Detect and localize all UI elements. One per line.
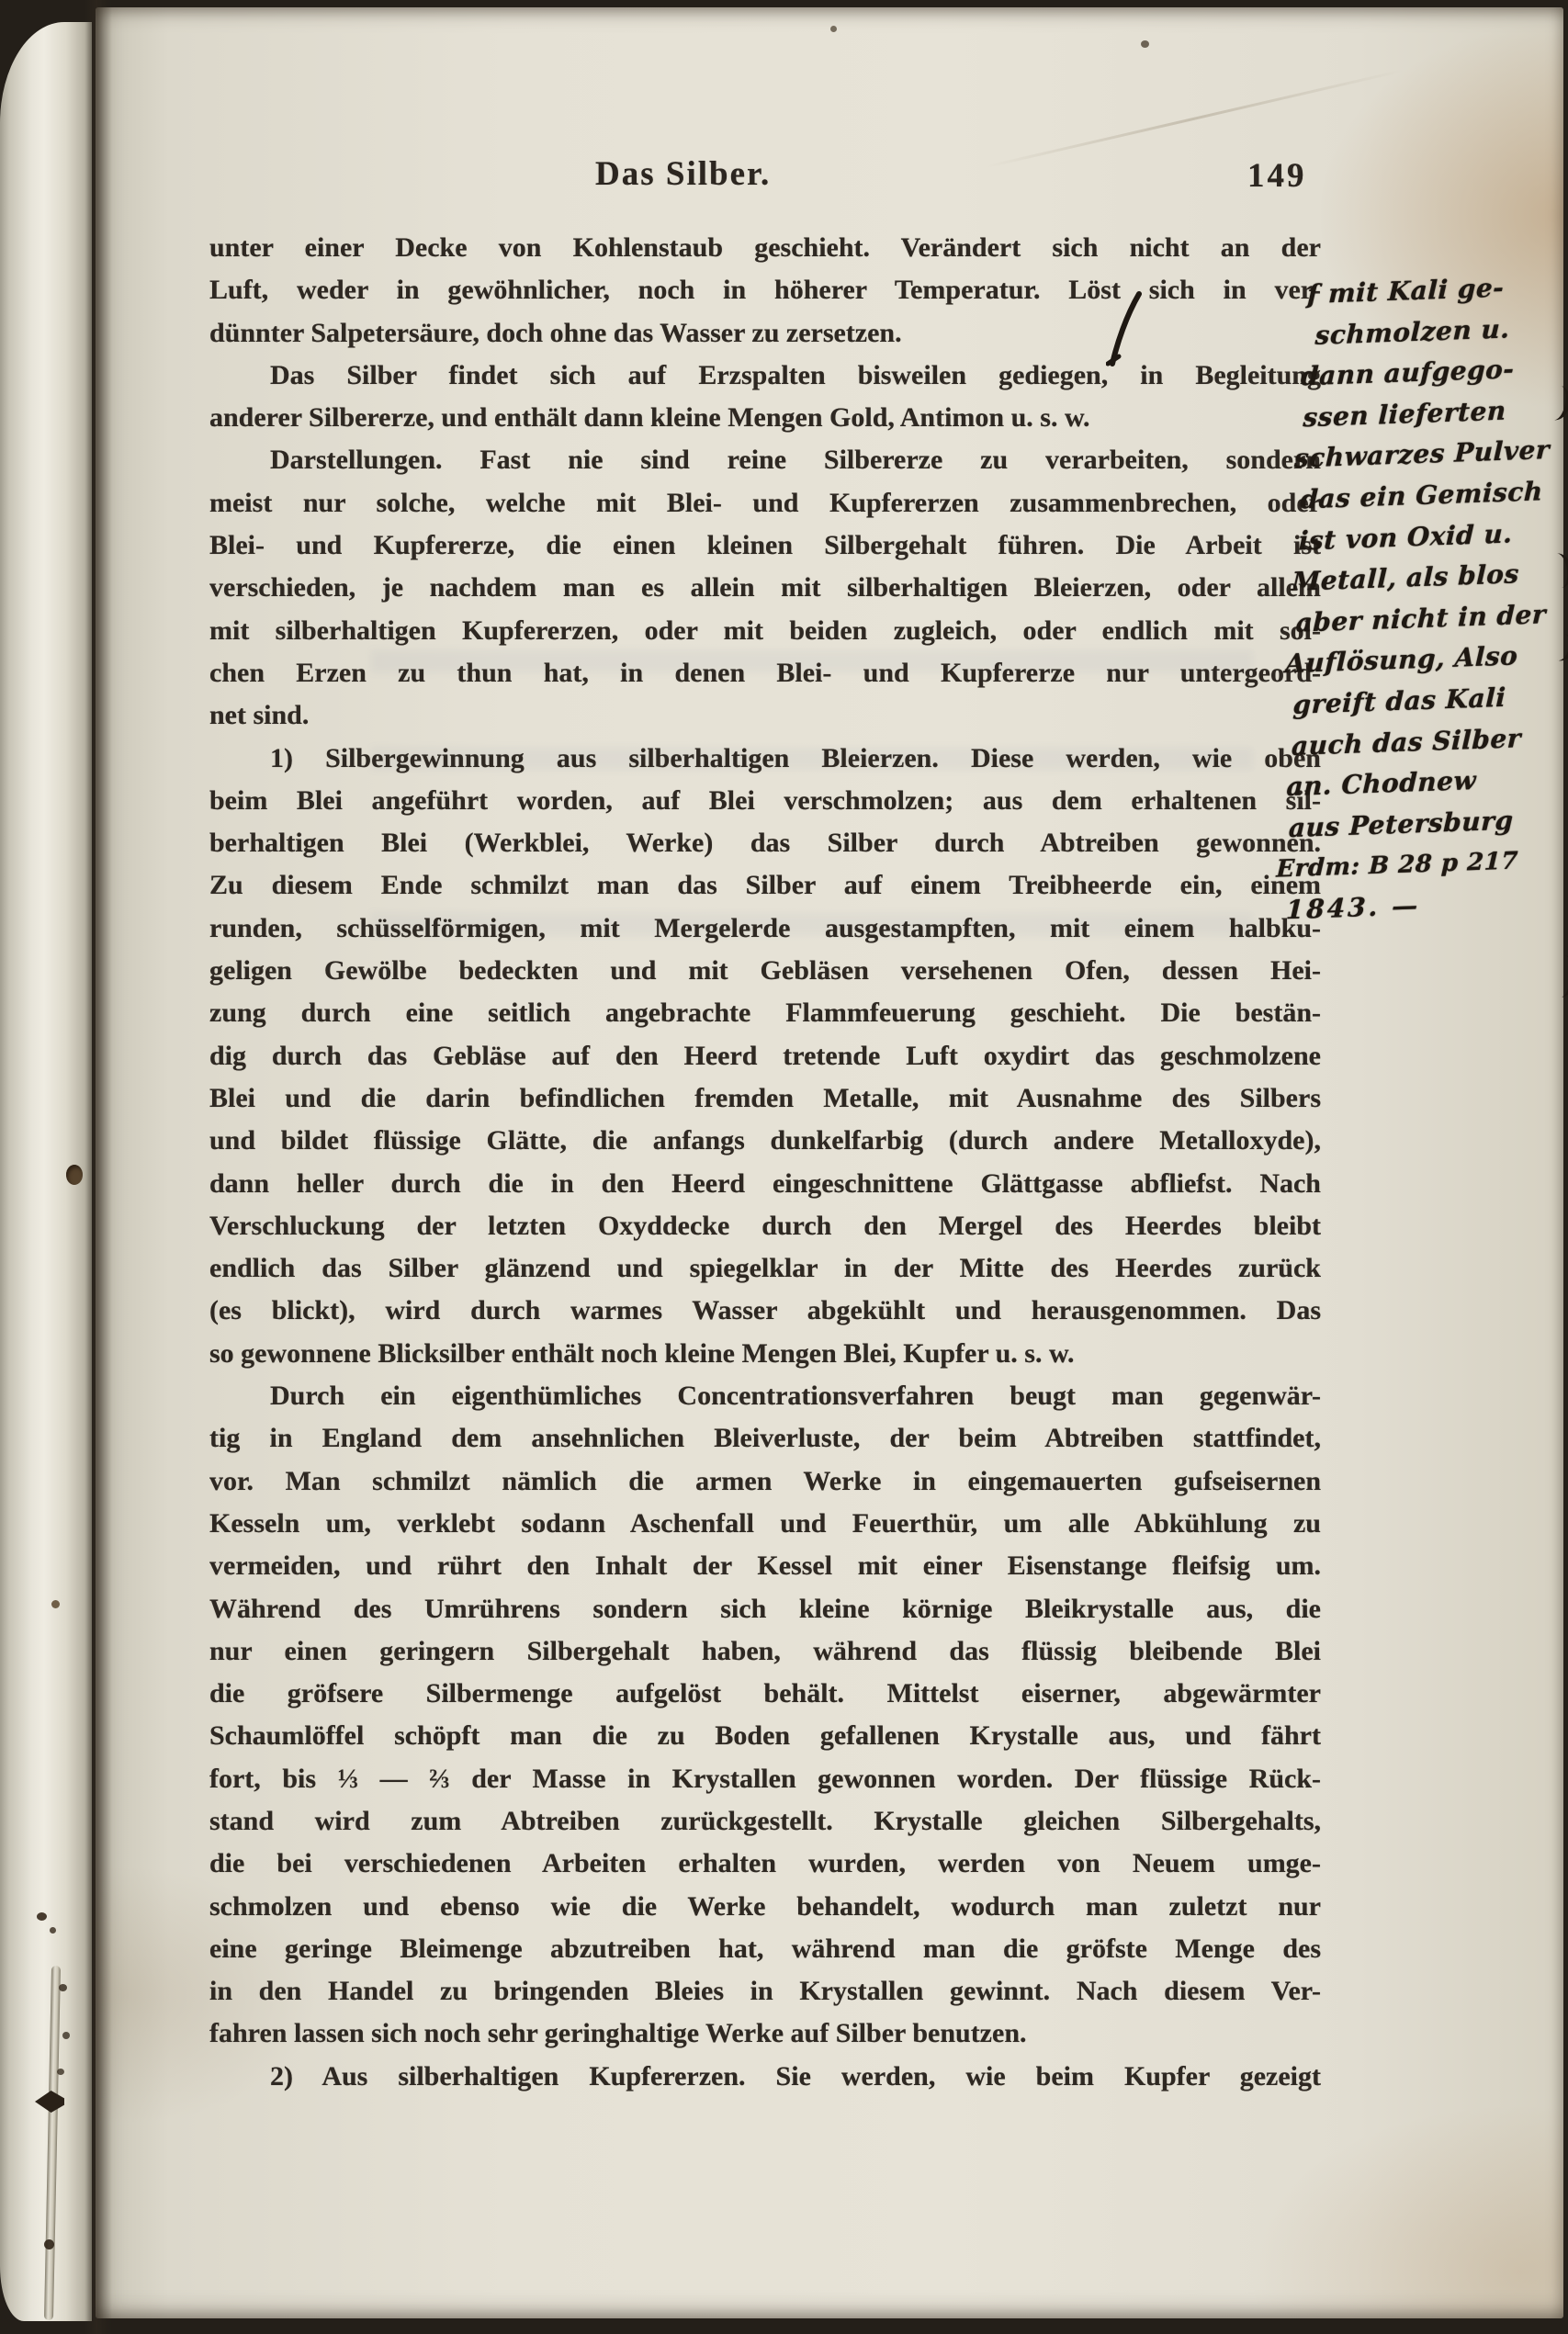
body-line: Durch ein eigenthümliches Concentrations…	[209, 1375, 1321, 1417]
body-line: Schaumlöffel schöpft man die zu Boden ge…	[209, 1715, 1321, 1757]
paper-crease	[983, 69, 1404, 169]
paper-speck	[50, 1927, 56, 1934]
body-line: dig durch das Gebläse auf den Heerd tret…	[209, 1035, 1321, 1077]
body-line: tig in England dem ansehnlichen Bleiverl…	[209, 1417, 1321, 1460]
running-head-title: Das Silber.	[595, 154, 771, 194]
body-line: vor. Man schmilzt nämlich die armen Werk…	[209, 1460, 1321, 1503]
body-line: vermeiden, und rührt den Inhalt der Kess…	[209, 1545, 1321, 1587]
binding-gutter-shadow	[85, 0, 112, 2334]
page-number: 149	[1247, 156, 1307, 196]
body-line: chen Erzen zu thun hat, in denen Blei- u…	[209, 652, 1321, 694]
body-line: Während des Umrührens sondern sich klein…	[209, 1588, 1321, 1630]
body-line: eine geringe Bleimenge abzutreiben hat, …	[209, 1928, 1321, 1970]
body-line: zung durch eine seitlich angebrachte Fla…	[209, 992, 1321, 1034]
wormhole	[66, 1165, 83, 1185]
body-text: unter einer Decke von Kohlenstaub geschi…	[209, 227, 1321, 2098]
body-line: net sind.	[209, 694, 1321, 737]
body-line: so gewonnene Blicksilber enthält noch kl…	[209, 1333, 1321, 1375]
body-line: schmolzen und ebenso wie die Werke behan…	[209, 1886, 1321, 1928]
paper-speck	[44, 2239, 54, 2249]
body-line: Verschluckung der letzten Oxyddecke durc…	[209, 1205, 1321, 1247]
body-line: Luft, weder in gewöhnlicher, noch in höh…	[209, 269, 1321, 311]
body-line: Das Silber findet sich auf Erzspalten bi…	[209, 355, 1321, 397]
body-line: fahren lassen sich noch sehr geringhalti…	[209, 2013, 1321, 2055]
body-line: anderer Silbererze, und enthält dann kle…	[209, 397, 1321, 439]
paper-speck	[51, 1600, 60, 1608]
book-scan: Das Silber. 149 unter einer Decke von Ko…	[0, 0, 1568, 2334]
body-line: nur einen geringern Silbergehalt haben, …	[209, 1630, 1321, 1673]
body-line: verschieden, je nachdem man es allein mi…	[209, 567, 1321, 609]
marginalia: ſ mit Kali ge- schmolzen u. dann aufgego…	[1285, 265, 1563, 931]
body-line: meist nur solche, welche mit Blei- und K…	[209, 482, 1321, 524]
body-line: Kesseln um, verklebt sodann Aschenfall u…	[209, 1503, 1321, 1545]
paper-speck	[830, 26, 837, 32]
body-line: unter einer Decke von Kohlenstaub geschi…	[209, 227, 1321, 269]
body-line: (es blickt), wird durch warmes Wasser ab…	[209, 1290, 1321, 1332]
body-line: Blei- und Kupfererze, die einen kleinen …	[209, 524, 1321, 567]
ink-slash-mark	[1106, 290, 1146, 367]
paper-speck	[37, 1912, 47, 1921]
body-line: fort, bis ⅓ — ⅔ der Masse in Krystallen …	[209, 1758, 1321, 1800]
body-line: stand wird zum Abtreiben zurückgestellt.…	[209, 1800, 1321, 1843]
body-line: 2) Aus silberhaltigen Kupfererzen. Sie w…	[209, 2056, 1321, 2098]
body-line: und bildet flüssige Glätte, die anfangs …	[209, 1120, 1321, 1162]
paper-speck	[57, 2069, 64, 2075]
body-line: in den Handel zu bringenden Bleies in Kr…	[209, 1970, 1321, 2013]
paper-speck	[62, 2032, 70, 2039]
body-line: geligen Gewölbe bedeckten und mit Gebläs…	[209, 950, 1321, 992]
body-line: Zu diesem Ende schmilzt man das Silber a…	[209, 864, 1321, 907]
body-line: Darstellungen. Fast nie sind reine Silbe…	[209, 439, 1321, 481]
body-line: 1) Silbergewinnung aus silberhaltigen Bl…	[209, 738, 1321, 780]
body-line: beim Blei angeführt worden, auf Blei ver…	[209, 780, 1321, 822]
paper-speck	[1141, 40, 1149, 48]
body-line: berhaltigen Blei (Werkblei, Werke) das S…	[209, 822, 1321, 864]
body-line: runden, schüsselförmigen, mit Mergelerde…	[209, 908, 1321, 950]
paper-speck	[59, 1984, 67, 1991]
body-line: die gröfsere Silbermenge aufgelöst behäl…	[209, 1673, 1321, 1715]
body-line: mit silberhaltigen Kupfererzen, oder mit…	[209, 610, 1321, 652]
body-line: Blei und die darin befindlichen fremden …	[209, 1077, 1321, 1120]
body-line: dann heller durch die in den Heerd einge…	[209, 1163, 1321, 1205]
body-line: die bei verschiedenen Arbeiten erhalten …	[209, 1843, 1321, 1885]
body-line: endlich das Silber glänzend und spiegelk…	[209, 1247, 1321, 1290]
body-line: dünnter Salpetersäure, doch ohne das Was…	[209, 312, 1321, 355]
